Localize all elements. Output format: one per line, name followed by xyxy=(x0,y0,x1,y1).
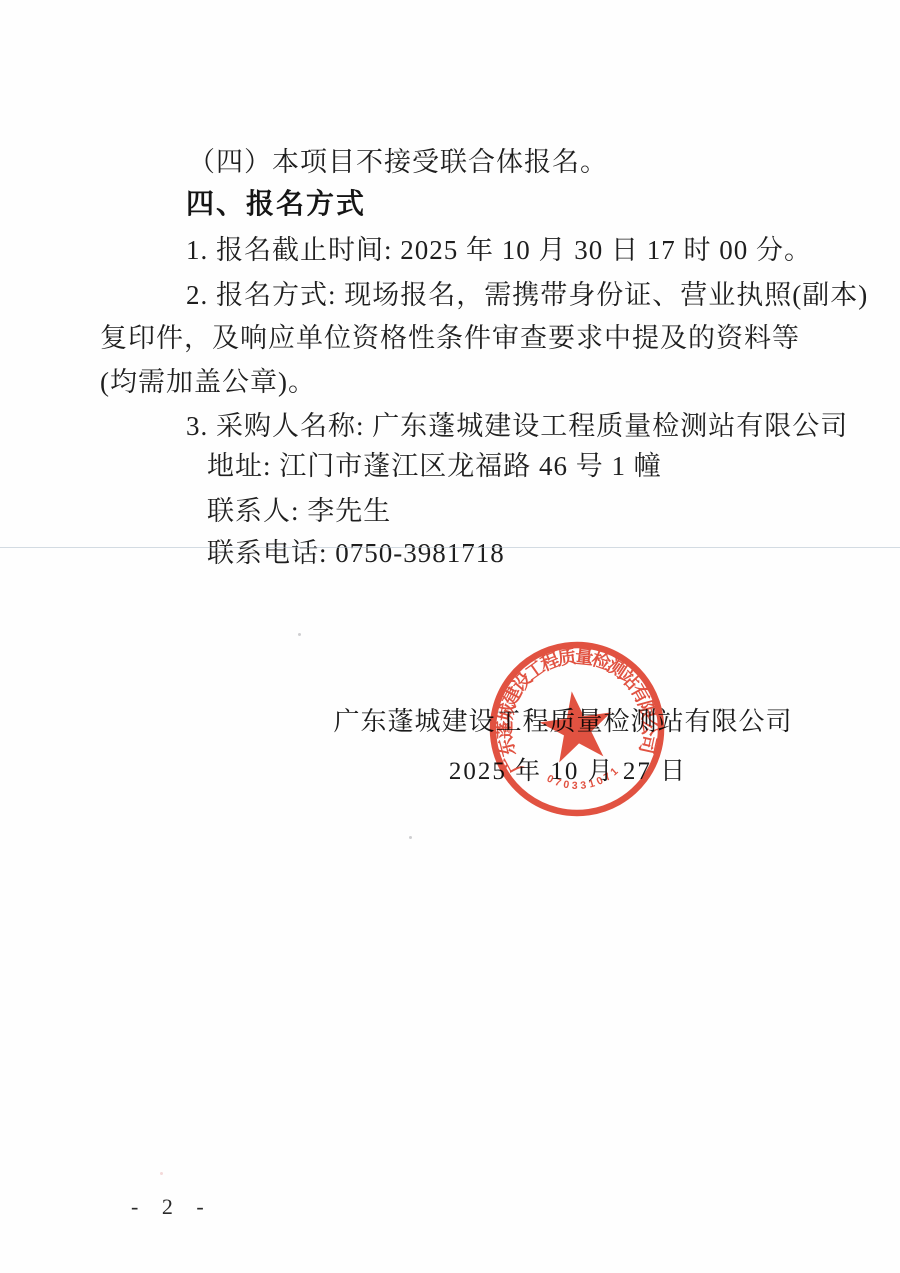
item-registration-method-line2: 复印件，及响应单位资格性条件审查要求中提及的资料等 xyxy=(100,316,800,355)
company-seal-stamp: 广东蓬城建设工程质量检测站有限公司 4407033107191 xyxy=(458,610,695,847)
scan-artifact-line xyxy=(0,547,900,548)
item-registration-method-line3: (均需加盖公章)。 xyxy=(100,360,316,399)
item-contact-person: 联系人: 李先生 xyxy=(207,489,391,528)
section-heading-registration-method: 四、报名方式 xyxy=(186,182,366,222)
scan-speck xyxy=(409,836,412,839)
item-contact-phone: 联系电话: 0750-3981718 xyxy=(207,531,505,570)
scan-speck xyxy=(298,633,301,636)
item-purchaser-name: 3. 采购人名称: 广东蓬城建设工程质量检测站有限公司 xyxy=(186,404,848,443)
item-purchaser-address: 地址: 江门市蓬江区龙福路 46 号 1 幢 xyxy=(207,444,662,483)
scanned-document-page: （四）本项目不接受联合体报名。 四、报名方式 1. 报名截止时间: 2025 年… xyxy=(0,0,900,1273)
scan-speck xyxy=(160,1172,163,1175)
seal-star-icon xyxy=(536,686,617,764)
item-registration-method-line1: 2. 报名方式: 现场报名，需携带身份证、营业执照(副本) xyxy=(186,273,868,312)
page-number: - 2 - xyxy=(131,1194,213,1220)
item-registration-deadline: 1. 报名截止时间: 2025 年 10 月 30 日 17 时 00 分。 xyxy=(186,228,812,267)
clause-no-consortium: （四）本项目不接受联合体报名。 xyxy=(188,140,608,179)
